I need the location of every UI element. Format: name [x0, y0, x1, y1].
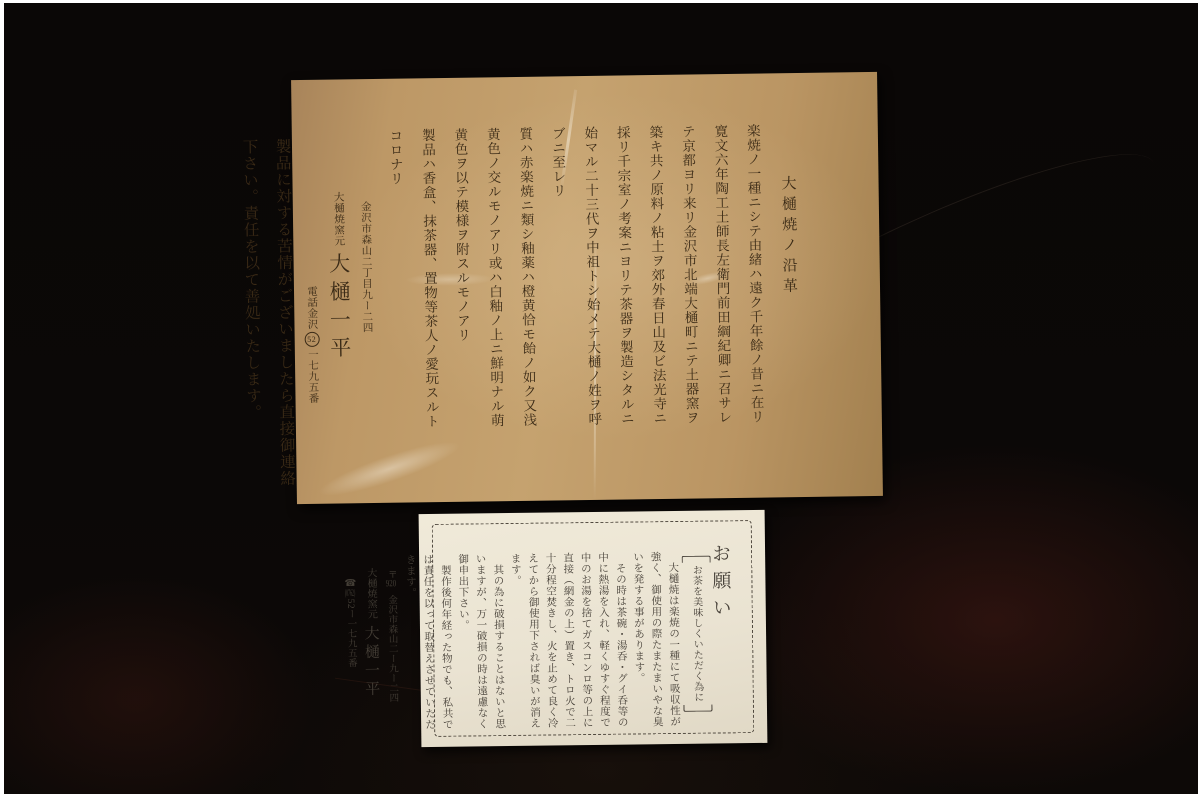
text-column: きます。 — [402, 514, 420, 747]
complaint-notice-column: 下さい。責任を以て善処いたします。 — [237, 81, 265, 505]
text-column: 黄色ノ交ルモノアリ或ハ白釉ノ上ニ鮮明ナル萌 — [481, 77, 507, 501]
history-leaflet: 大樋焼ノ沿革 楽焼ノ一種ニシテ由緒ハ遠ク千年餘ノ昔ニ在リ 寛文六年陶工土師長左衛… — [291, 72, 883, 504]
phone-suffix: 一七九五番 — [307, 349, 319, 404]
text-column: 質ハ赤楽焼ニ類シ釉薬ハ橙黄恰モ飴ノ如ク又浅 — [514, 77, 540, 501]
text-column: 其の為に破損することはないと思 — [490, 513, 508, 746]
text-column: 大樋焼は楽焼の一種にて吸収性が — [665, 511, 683, 744]
usage-notice-card: お願いお茶を美味しくいただく為に 大樋焼は楽焼の一種にて吸収性が 強く、御使用の… — [419, 510, 768, 747]
text-column: 十分程空焚きし、火を止めて良く冷 — [542, 512, 560, 745]
postal-mark-icon: 〒 — [386, 569, 396, 579]
subtitle-line: お茶を美味しく — [690, 565, 702, 639]
phone-prefix: 電話金沢 — [306, 286, 318, 330]
publisher-name-column: 大樋焼窯元大樋一平 — [359, 515, 383, 748]
text-column: 寛文六年陶工土師長左衛門前田綱紀卿ニ召サレ — [709, 74, 735, 498]
bracket-top-icon — [681, 556, 710, 563]
postal-code: 920 — [386, 579, 396, 589]
text-column: ブニ至レリ — [546, 76, 572, 500]
text-column: 中のお湯を捨てガスコンロ等の上に — [577, 512, 595, 745]
publisher-name-column: 大樋焼窯元大樋一平 — [321, 79, 357, 503]
text-column: いますが、万一破損の時は遠慮なく — [472, 513, 490, 746]
text-column: えてから御使用下されば臭いが消え — [525, 513, 543, 746]
text-column: 製作後何年経った物でも、私共で — [437, 514, 455, 747]
text-column: その時は茶碗・湯呑・グイ呑等の — [612, 512, 630, 745]
text-column: 黄色ヲ以テ模様ヲ附スルモノアリ — [449, 78, 475, 502]
complaint-notice-column: 製品に対する苦情がございましたら直接御連絡 — [270, 80, 298, 504]
text-column: テ京都ヨリ来リ金沢市北端大樋町ニテ土器窯ヲ — [676, 74, 702, 498]
publisher-address: 金沢市森山二丁目九ー二四 — [356, 79, 377, 503]
photo-background: 大樋焼ノ沿革 楽焼ノ一種ニシテ由緒ハ遠ク千年餘ノ昔ニ在リ 寛文六年陶工土師長左衛… — [4, 3, 1198, 794]
notice-title-text: お願い — [709, 543, 731, 624]
bracket-bottom-icon — [683, 704, 712, 711]
phone-number: 52ー一七九五番 — [345, 599, 356, 668]
kiln-label: 大樋焼窯元 — [365, 568, 377, 620]
phone-area-code: (0762) — [345, 589, 355, 599]
publisher-phone: ☎(0762)52ー一七九五番 — [342, 515, 359, 748]
circled-exchange-number: 52 — [304, 332, 319, 347]
publisher-address: 〒920金沢市森山二ー九ー二四 — [383, 514, 400, 747]
text-column: 御申出下さい。 — [455, 513, 473, 746]
publisher-name: 大樋一平 — [326, 252, 352, 364]
publisher-name: 大樋一平 — [362, 625, 379, 699]
text-column: 楽焼ノ一種ニシテ由緒ハ遠ク千年餘ノ昔ニ在リ — [741, 74, 767, 498]
text-column: 直接（網金の上）置き、トロ火で二 — [560, 512, 578, 745]
kiln-label: 大樋焼窯元 — [333, 191, 345, 246]
text-column: 製品ハ香盒、抹茶器、置物等茶人ノ愛玩スルト — [416, 78, 442, 502]
history-leaflet-text: 大樋焼ノ沿革 楽焼ノ一種ニシテ由緒ハ遠ク千年餘ノ昔ニ在リ 寛文六年陶工土師長左衛… — [291, 72, 883, 504]
text-column: 築キ共ノ原料ノ粘土ヲ郊外春日山及ビ法光寺ニ — [644, 75, 670, 499]
text-column: ます。 — [507, 513, 525, 746]
text-column: いを発する事があります。 — [630, 511, 648, 744]
leaflet-title: 大樋焼ノ沿革 — [776, 73, 803, 497]
text-column: 強く、御使用の際たまたまいやな臭 — [647, 511, 665, 744]
text-column: 始マル二十三代ヲ中祖トシ始メテ大樋ノ姓ヲ呼 — [579, 76, 605, 500]
notice-subtitle: お茶を美味しくいただく為に — [688, 556, 705, 712]
address-text: 金沢市森山二ー九ー二四 — [386, 595, 397, 703]
publisher-phone: 電話金沢52一七九五番 — [301, 80, 322, 504]
text-column: 採リ千宗室ノ考案ニヨリテ茶器ヲ製造シタルニ — [611, 75, 637, 499]
usage-notice-text: お願いお茶を美味しくいただく為に 大樋焼は楽焼の一種にて吸収性が 強く、御使用の… — [419, 510, 768, 747]
text-column: は責任を以って取替えさせていただ — [420, 514, 438, 747]
text-column: 中に熱湯を入れ、軽くゆすぐ程度で — [595, 512, 613, 745]
subtitle-line: いただく為に — [691, 639, 703, 703]
notice-title: お願いお茶を美味しくいただく為に — [684, 510, 736, 744]
text-column: コロナリ — [384, 79, 410, 503]
